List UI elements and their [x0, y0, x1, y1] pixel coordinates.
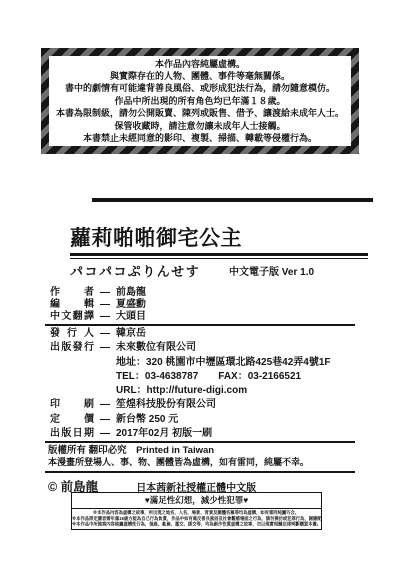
warning-line: 本書為限制級，請勿公開販賣、陳列或販售、借予、讓渡給未成年人士。	[56, 107, 344, 119]
publisher-url: URL：http://future-digi.com	[116, 385, 247, 396]
warning-line: 本書禁止未經同意的影印、複製、掃描、轉載等侵權行為。	[83, 132, 317, 144]
title-top-rule	[92, 198, 373, 202]
publishing-value: 笙煌科技股份有限公司	[116, 399, 216, 410]
edition-label: 中文電子版 Ver 1.0	[229, 263, 314, 278]
warning-line: 作品中所出現的所有角色均已年滿１８歲。	[114, 95, 285, 107]
publisher-tel-fax: TEL：03-4638787 FAX：03-2166521	[116, 371, 301, 382]
credit-dash: —	[94, 287, 116, 299]
publishing-value: 韓京岳	[116, 328, 146, 339]
credit-value: 大頭目	[116, 311, 146, 322]
publishing-label: 出版日期	[50, 427, 94, 441]
warning-line: 本作品內容純屬虛構。	[155, 58, 245, 70]
publishing-row: 發行人—韓京岳	[50, 327, 331, 341]
credit-row: 編輯—夏盛勳	[50, 299, 146, 311]
warning-line: 保管收藏時，請注意勿讓未成年人士接觸。	[114, 120, 285, 132]
warning-line: 書中的劇情有可能違背善良風俗、或形成犯法行為，請勿隨意模仿。	[65, 82, 335, 94]
credits-block: 作者—前島龍 編輯—夏盛勳 中文翻譯—大頭目	[50, 287, 146, 323]
credit-row: 作者—前島龍	[50, 287, 146, 299]
publishing-label: 出版發行	[50, 341, 94, 355]
slogan-box: ♥滿足性幻想，減少性犯罪♥ ※本作品內容為虛構之故事，所出現之地名、人名、場景、…	[71, 492, 322, 530]
publishing-dash: —	[94, 413, 116, 427]
publishing-dash: —	[94, 341, 116, 355]
publishing-label: 印刷	[50, 398, 94, 412]
publishing-value: 新台幣 250 元	[116, 414, 178, 425]
slogan-heading: ♥滿足性幻想，減少性犯罪♥	[72, 493, 321, 509]
publishing-dash: —	[94, 398, 116, 412]
slogan-body: ※本作品內容為虛構之故事，所出現之地名、人名、場景、背景及團體名稱等均為虛構，如…	[72, 509, 321, 529]
publisher-address: 地址：320 桃園市中壢區環北路425巷42弄4號1F	[116, 357, 331, 368]
credit-value: 夏盛勳	[116, 299, 146, 310]
publisher-phone-row: TEL：03-4638787 FAX：03-2166521	[50, 370, 331, 384]
section-divider	[45, 471, 355, 473]
credit-label: 編輯	[50, 299, 94, 311]
section-divider	[45, 324, 355, 326]
slogan-fine-print: ※本作品內容為虛構之故事，所出現之地名、人名、場景、背景及團體名稱等均為虛構，如…	[72, 510, 320, 516]
hazard-warning-inner: 本作品內容純屬虛構。 與實際存在的人物、團體、事件等毫無關係。 書中的劇情有可能…	[49, 56, 351, 146]
publishing-dash: —	[94, 427, 116, 441]
credit-label: 中文翻譯	[50, 311, 94, 323]
publishing-block: 發行人—韓京岳 出版發行—未來數位有限公司 地址：320 桃園市中壢區環北路42…	[50, 327, 331, 441]
publishing-label: 定價	[50, 413, 94, 427]
credit-row: 中文翻譯—大頭目	[50, 311, 146, 323]
fiction-disclaimer: 本漫畫所登場人、事、物、團體皆為虛構，如有雷同，純屬不幸。	[48, 457, 309, 469]
publishing-label: 發行人	[50, 327, 94, 341]
publishing-row: 定價—新台幣 250 元	[50, 413, 331, 427]
book-subtitle: パコパコぷりんせす	[70, 261, 200, 280]
hazard-warning-box: 本作品內容純屬虛構。 與實際存在的人物、團體、事件等毫無關係。 書中的劇情有可能…	[41, 48, 359, 154]
credit-value: 前島龍	[116, 287, 146, 298]
publishing-value: 未來數位有限公司	[116, 342, 196, 353]
publishing-row: 出版日期—2017年02月 初版一刷	[50, 427, 331, 441]
publishing-row: 出版發行—未來數位有限公司	[50, 341, 331, 355]
publisher-address-row: 地址：320 桃園市中壢區環北路425巷42弄4號1F	[50, 356, 331, 370]
colophon-page: 本作品內容純屬虛構。 與實際存在的人物、團體、事件等毫無關係。 書中的劇情有可能…	[0, 0, 400, 565]
credit-label: 作者	[50, 287, 94, 299]
title-bottom-rule	[70, 253, 368, 259]
publishing-value: 2017年02月 初版一刷	[116, 428, 212, 439]
credit-dash: —	[94, 311, 116, 323]
warning-line: 與實際存在的人物、團體、事件等毫無關係。	[110, 70, 290, 82]
credit-dash: —	[94, 299, 116, 311]
section-divider	[45, 441, 355, 443]
publishing-row: 印刷—笙煌科技股份有限公司	[50, 398, 331, 412]
book-title: 蘿莉啪啪御宅公主	[70, 222, 242, 252]
rights-block: 版權所有 翻印必究 Printed in Taiwan 本漫畫所登場人、事、物、…	[48, 445, 309, 468]
slogan-fine-print: ※本作品中所描寫內容純屬虛構性行為，強姦、亂倫、濫交、援交等，均為創作性質虛構之…	[72, 522, 320, 528]
publisher-url-row: URL：http://future-digi.com	[50, 384, 331, 398]
rights-statement: 版權所有 翻印必究 Printed in Taiwan	[48, 445, 309, 457]
publishing-dash: —	[94, 327, 116, 341]
